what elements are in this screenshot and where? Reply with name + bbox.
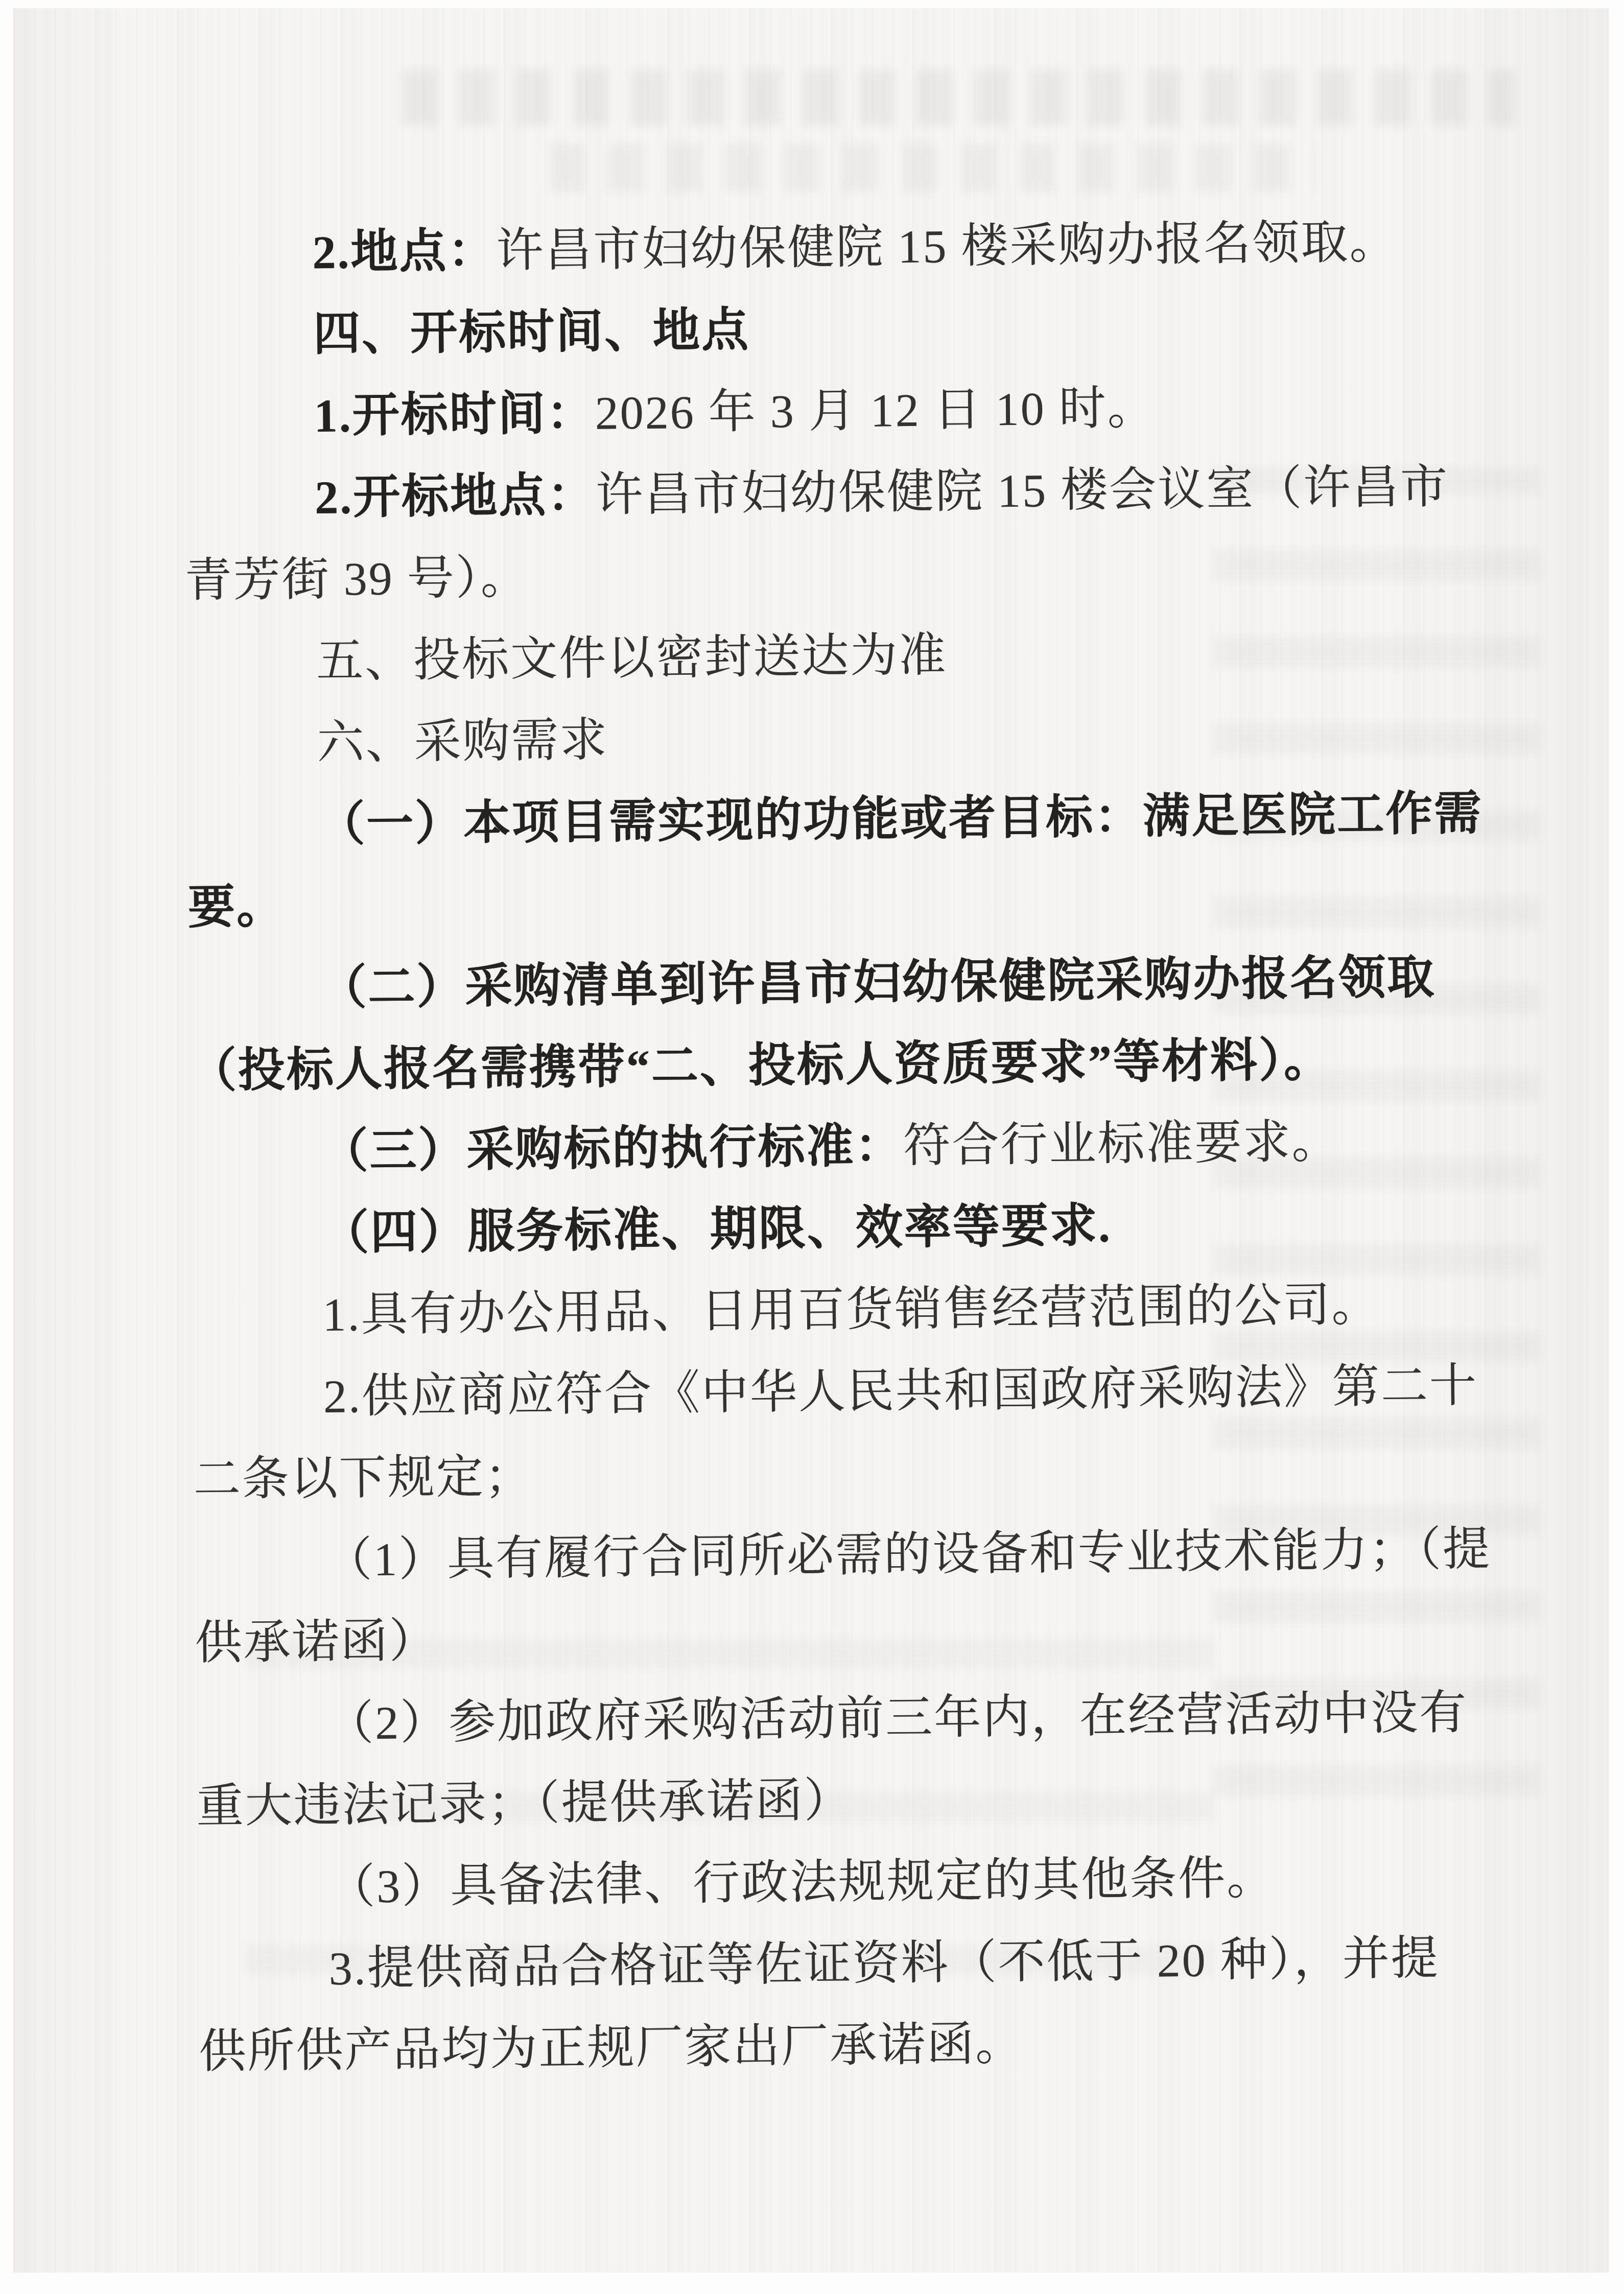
text-line: （一）本项目需实现的功能或者目标：满足医院工作需 [187,772,1526,866]
text-line: 2.供应商应符合《中华人民共和国政府采购法》第二十 [192,1344,1531,1438]
text-segment: （3）具备法律、行政法规规定的其他条件。 [328,1852,1276,1913]
text-segment-bold: （一）本项目需实现的功能或者目标：满足医院工作需 [318,787,1483,850]
bleedthrough-ghost [402,69,1515,126]
text-segment: 3.提供商品合格证等佐证资料（不低于 20 种），并提 [328,1932,1440,1995]
text-line: 重大违法记录；（提供承诺函） [196,1753,1535,1847]
text-segment-bold: （二）采购清单到许昌市妇幼保健院采购办报名领取 [319,951,1436,1014]
text-line: （三）采购标的执行标准：符合行业标准要求。 [190,1099,1529,1193]
text-segment: （2）参加政府采购活动前三年内，在经营活动中没有 [326,1687,1468,1749]
text-segment: 青芳街 39 号）。 [184,551,529,606]
text-line: 青芳街 39 号）。 [184,527,1523,621]
text-line: （四）服务标准、期限、效率等要求. [191,1180,1529,1275]
text-segment: 2.供应商应符合《中华人民共和国政府采购法》第二十 [323,1359,1478,1423]
text-line: （投标人报名需携带“二、投标人资质要求”等材料）。 [189,1017,1528,1111]
text-line: 1.开标时间：2026 年 3 月 12 日 10 时。 [183,363,1522,458]
text-line: 2.开标地点：许昌市妇幼保健院 15 楼会议室（许昌市 [183,445,1522,539]
text-segment-bold: 2.地点： [312,225,497,278]
text-segment: 重大违法记录；（提供承诺函） [196,1774,853,1832]
document-body: 2.地点：许昌市妇幼保健院 15 楼采购办报名领取。 四、开标时间、地点 1.开… [181,200,1538,2092]
text-line: 供承诺函） [195,1589,1534,1684]
text-segment-bold: （四）服务标准、期限、效率等要求. [322,1199,1112,1259]
text-segment: 2026 年 3 月 12 日 10 时。 [595,382,1156,439]
text-segment: 供所供产品均为正规厂家出厂承诺函。 [199,2018,1024,2077]
paper-sheet: 2.地点：许昌市妇幼保健院 15 楼采购办报名领取。 四、开标时间、地点 1.开… [13,8,1609,2273]
text-segment: 五、投标文件以密封送达为准 [316,629,948,687]
section-heading: 五、投标文件以密封送达为准 [185,608,1524,703]
text-line: 3.提供商品合格证等佐证资料（不低于 20 种），并提 [198,1916,1537,2011]
text-segment: 二条以下规定； [193,1450,533,1505]
text-segment: 许昌市妇幼保健院 15 楼会议室（许昌市 [596,461,1449,521]
section-heading: 四、开标时间、地点 [182,281,1521,376]
text-segment: 六、采购需求 [317,714,608,769]
bleedthrough-ghost [550,144,1316,192]
text-segment-bold: 2.开标地点： [315,469,596,524]
text-segment-bold: 1.开标时间： [314,387,595,442]
text-line: （3）具备法律、行政法规规定的其他条件。 [197,1834,1536,1929]
text-segment: 许昌市妇幼保健院 15 楼采购办报名领取。 [496,216,1398,277]
section-heading: 六、采购需求 [186,690,1525,785]
text-line: （2）参加政府采购活动前三年内，在经营活动中没有 [195,1671,1534,1765]
text-segment: （1）具有履行合同所必需的设备和专业技术能力；（提 [325,1523,1492,1586]
text-line: 2.地点：许昌市妇幼保健院 15 楼采购办报名领取。 [181,200,1520,294]
text-line: （二）采购清单到许昌市妇幼保健院采购办报名领取 [189,935,1527,1030]
text-segment: 1.具有办公用品、日用百货销售经营范围的公司。 [322,1279,1380,1341]
text-segment-bold: 四、开标时间、地点 [313,304,750,360]
text-segment-bold: （投标人报名需携带“二、投标人资质要求”等材料）。 [189,1034,1332,1097]
text-line: （1）具有履行合同所必需的设备和专业技术能力；（提 [194,1507,1533,1602]
text-line: 供所供产品均为正规厂家出厂承诺函。 [199,1998,1538,2092]
scanned-page: 2.地点：许昌市妇幼保健院 15 楼采购办报名领取。 四、开标时间、地点 1.开… [0,0,1624,2294]
text-line: 二条以下规定； [193,1426,1532,1520]
text-line: 1.具有办公用品、日用百货销售经营范围的公司。 [192,1262,1531,1357]
text-segment-bold: 要。 [187,881,285,934]
text-segment-bold: （三）采购标的执行标准： [321,1120,904,1177]
text-line: 要。 [187,854,1526,948]
text-segment: 供承诺函） [195,1615,438,1669]
text-segment: 符合行业标准要求。 [903,1116,1340,1172]
